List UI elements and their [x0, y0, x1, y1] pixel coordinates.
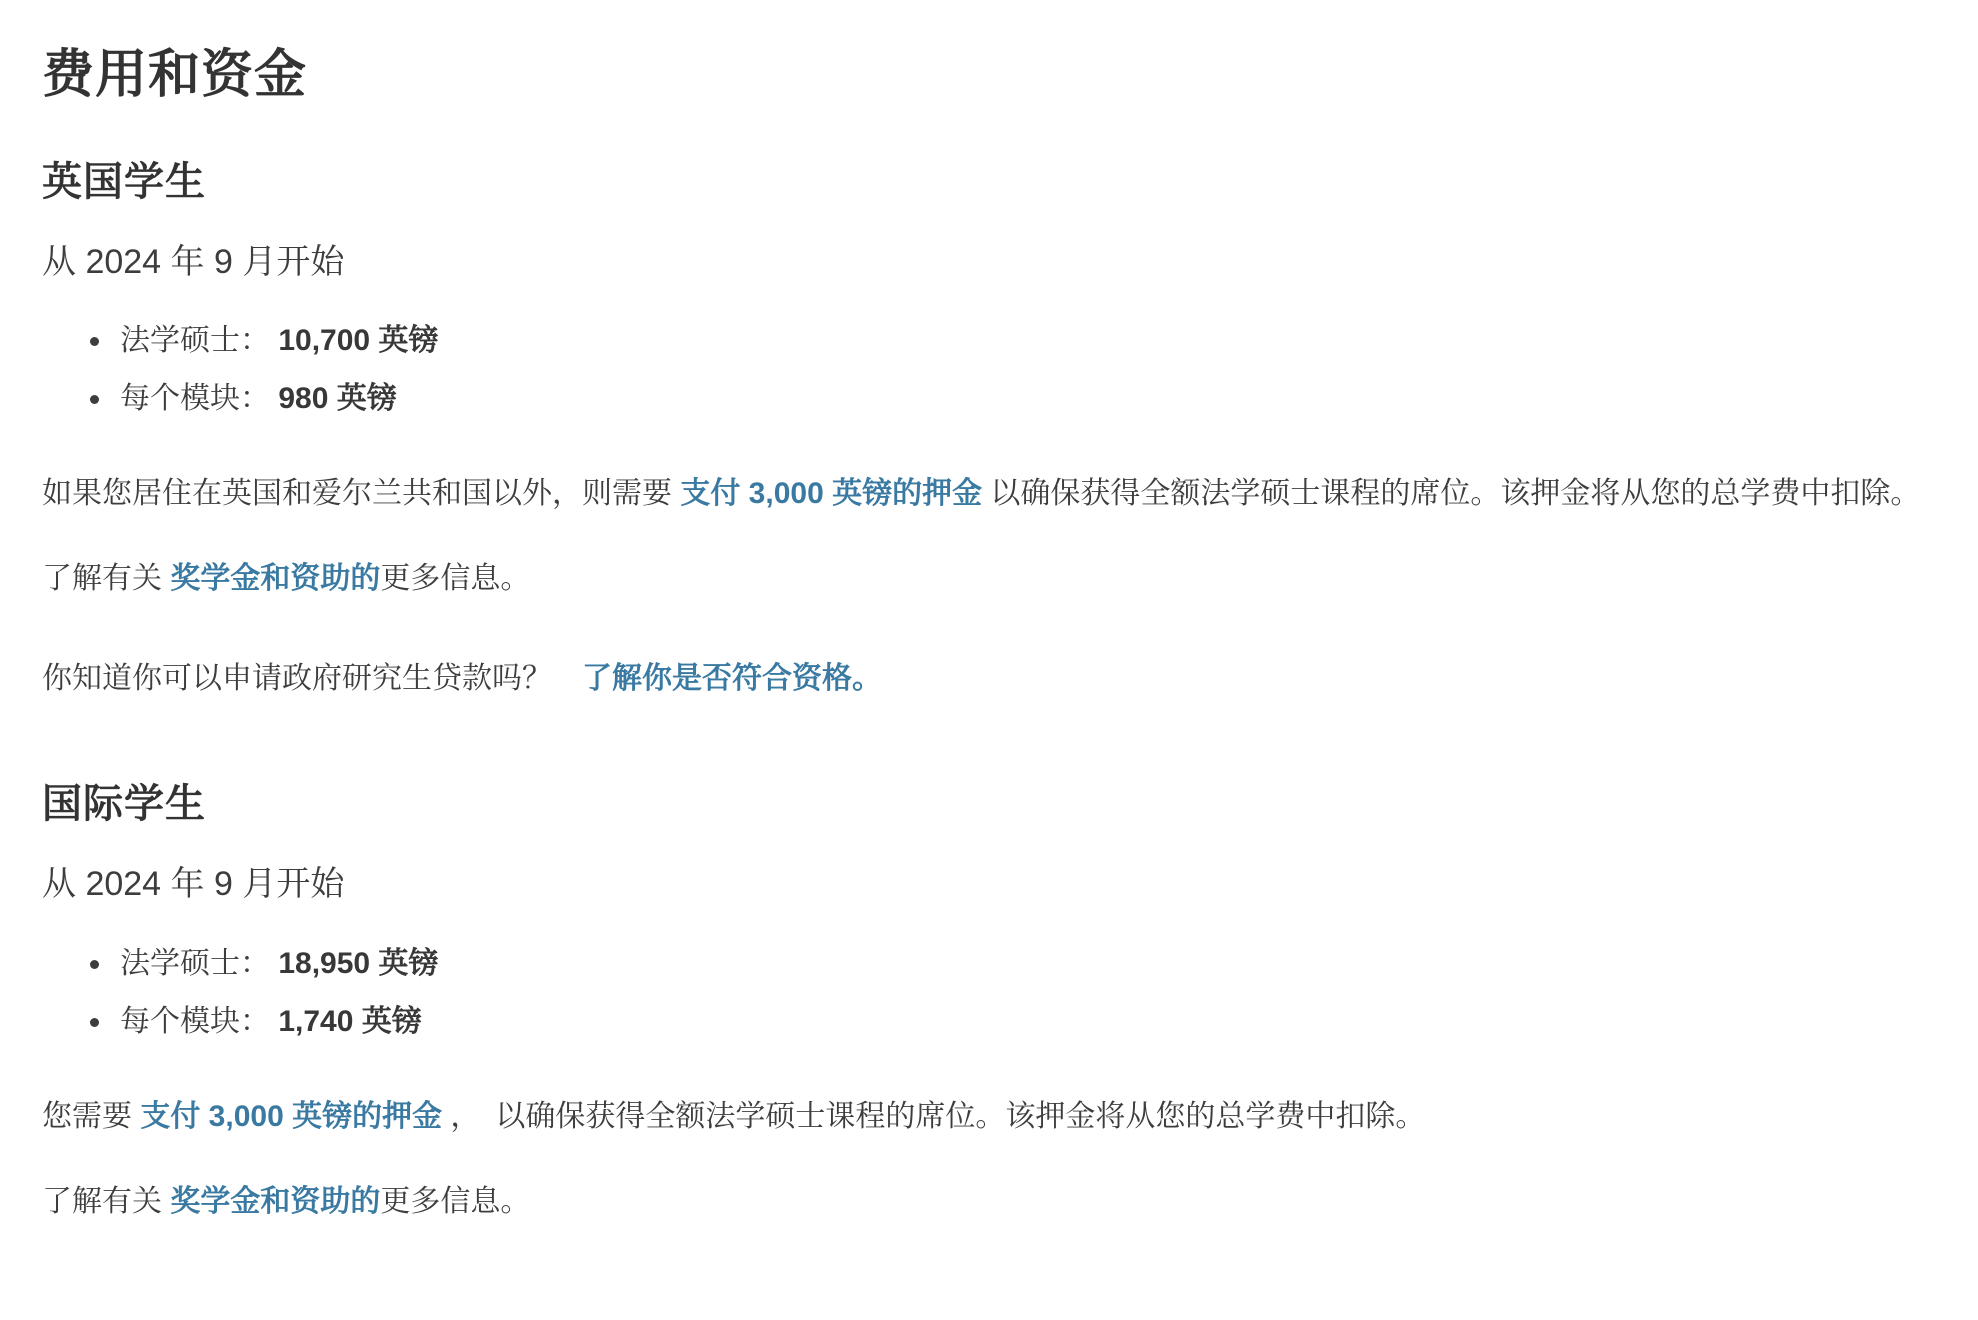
deposit-link[interactable]: 支付 3,000 英镑的押金 — [140, 1100, 442, 1133]
page-title: 费用和资金 — [42, 46, 1936, 106]
paragraph-text: 如果您居住在英国和爱尔兰共和国以外，则需要 — [42, 477, 680, 510]
fee-label: 法学硕士： — [120, 947, 270, 980]
paragraph-text: 你知道你可以申请政府研究生贷款吗？ — [42, 662, 582, 695]
fee-item: 法学硕士： 18,950 英镑 — [114, 943, 1936, 985]
uk-start-date-subheading: 从 2024 年 9 月开始 — [42, 240, 1936, 284]
section-international-students: 国际学生 从 2024 年 9 月开始 法学硕士： 18,950 英镑 每个模块… — [42, 780, 1936, 1229]
uk-loan-paragraph: 你知道你可以申请政府研究生贷款吗？ 了解你是否符合资格。 — [42, 651, 1936, 707]
paragraph-text: 了解有关 — [42, 1185, 170, 1218]
fees-and-funding-page: 费用和资金 英国学生 从 2024 年 9 月开始 法学硕士： 10,700 英… — [42, 46, 1936, 1230]
deposit-link[interactable]: 支付 3,000 英镑的押金 — [680, 477, 982, 510]
paragraph-text: 更多信息。 — [380, 562, 530, 595]
fee-item: 每个模块： 1,740 英镑 — [114, 1001, 1936, 1043]
paragraph-text: 更多信息。 — [380, 1185, 530, 1218]
scholarships-link[interactable]: 奖学金和资助的 — [170, 1185, 380, 1218]
paragraph-text: 以确保获得全额法学硕士课程的席位。该押金将从您的总学费中扣除。 — [982, 477, 1920, 510]
fee-value: 1,740 英镑 — [278, 1005, 421, 1038]
fee-value: 18,950 英镑 — [278, 947, 438, 980]
fee-label: 每个模块： — [120, 1005, 270, 1038]
intl-start-date-subheading: 从 2024 年 9 月开始 — [42, 862, 1936, 906]
intl-deposit-paragraph: 您需要 支付 3,000 英镑的押金 ， 以确保获得全额法学硕士课程的席位。该押… — [42, 1089, 1936, 1145]
fee-value: 980 英镑 — [278, 382, 396, 415]
eligibility-link[interactable]: 了解你是否符合资格。 — [582, 662, 882, 695]
scholarships-link[interactable]: 奖学金和资助的 — [170, 562, 380, 595]
intl-fees-list: 法学硕士： 18,950 英镑 每个模块： 1,740 英镑 — [42, 943, 1936, 1043]
intl-scholarships-paragraph: 了解有关 奖学金和资助的更多信息。 — [42, 1174, 1936, 1230]
uk-students-heading: 英国学生 — [42, 158, 1936, 206]
uk-deposit-paragraph: 如果您居住在英国和爱尔兰共和国以外，则需要 支付 3,000 英镑的押金 以确保… — [42, 466, 1936, 522]
fee-value: 10,700 英镑 — [278, 324, 438, 357]
paragraph-text: ， 以确保获得全额法学硕士课程的席位。该押金将从您的总学费中扣除。 — [442, 1100, 1425, 1133]
fee-item: 法学硕士： 10,700 英镑 — [114, 320, 1936, 362]
section-uk-students: 英国学生 从 2024 年 9 月开始 法学硕士： 10,700 英镑 每个模块… — [42, 158, 1936, 707]
fee-label: 每个模块： — [120, 382, 270, 415]
international-students-heading: 国际学生 — [42, 780, 1936, 828]
paragraph-text: 了解有关 — [42, 562, 170, 595]
paragraph-text: 您需要 — [42, 1100, 140, 1133]
fee-item: 每个模块： 980 英镑 — [114, 378, 1936, 420]
uk-scholarships-paragraph: 了解有关 奖学金和资助的更多信息。 — [42, 551, 1936, 607]
fee-label: 法学硕士： — [120, 324, 270, 357]
uk-fees-list: 法学硕士： 10,700 英镑 每个模块： 980 英镑 — [42, 320, 1936, 420]
